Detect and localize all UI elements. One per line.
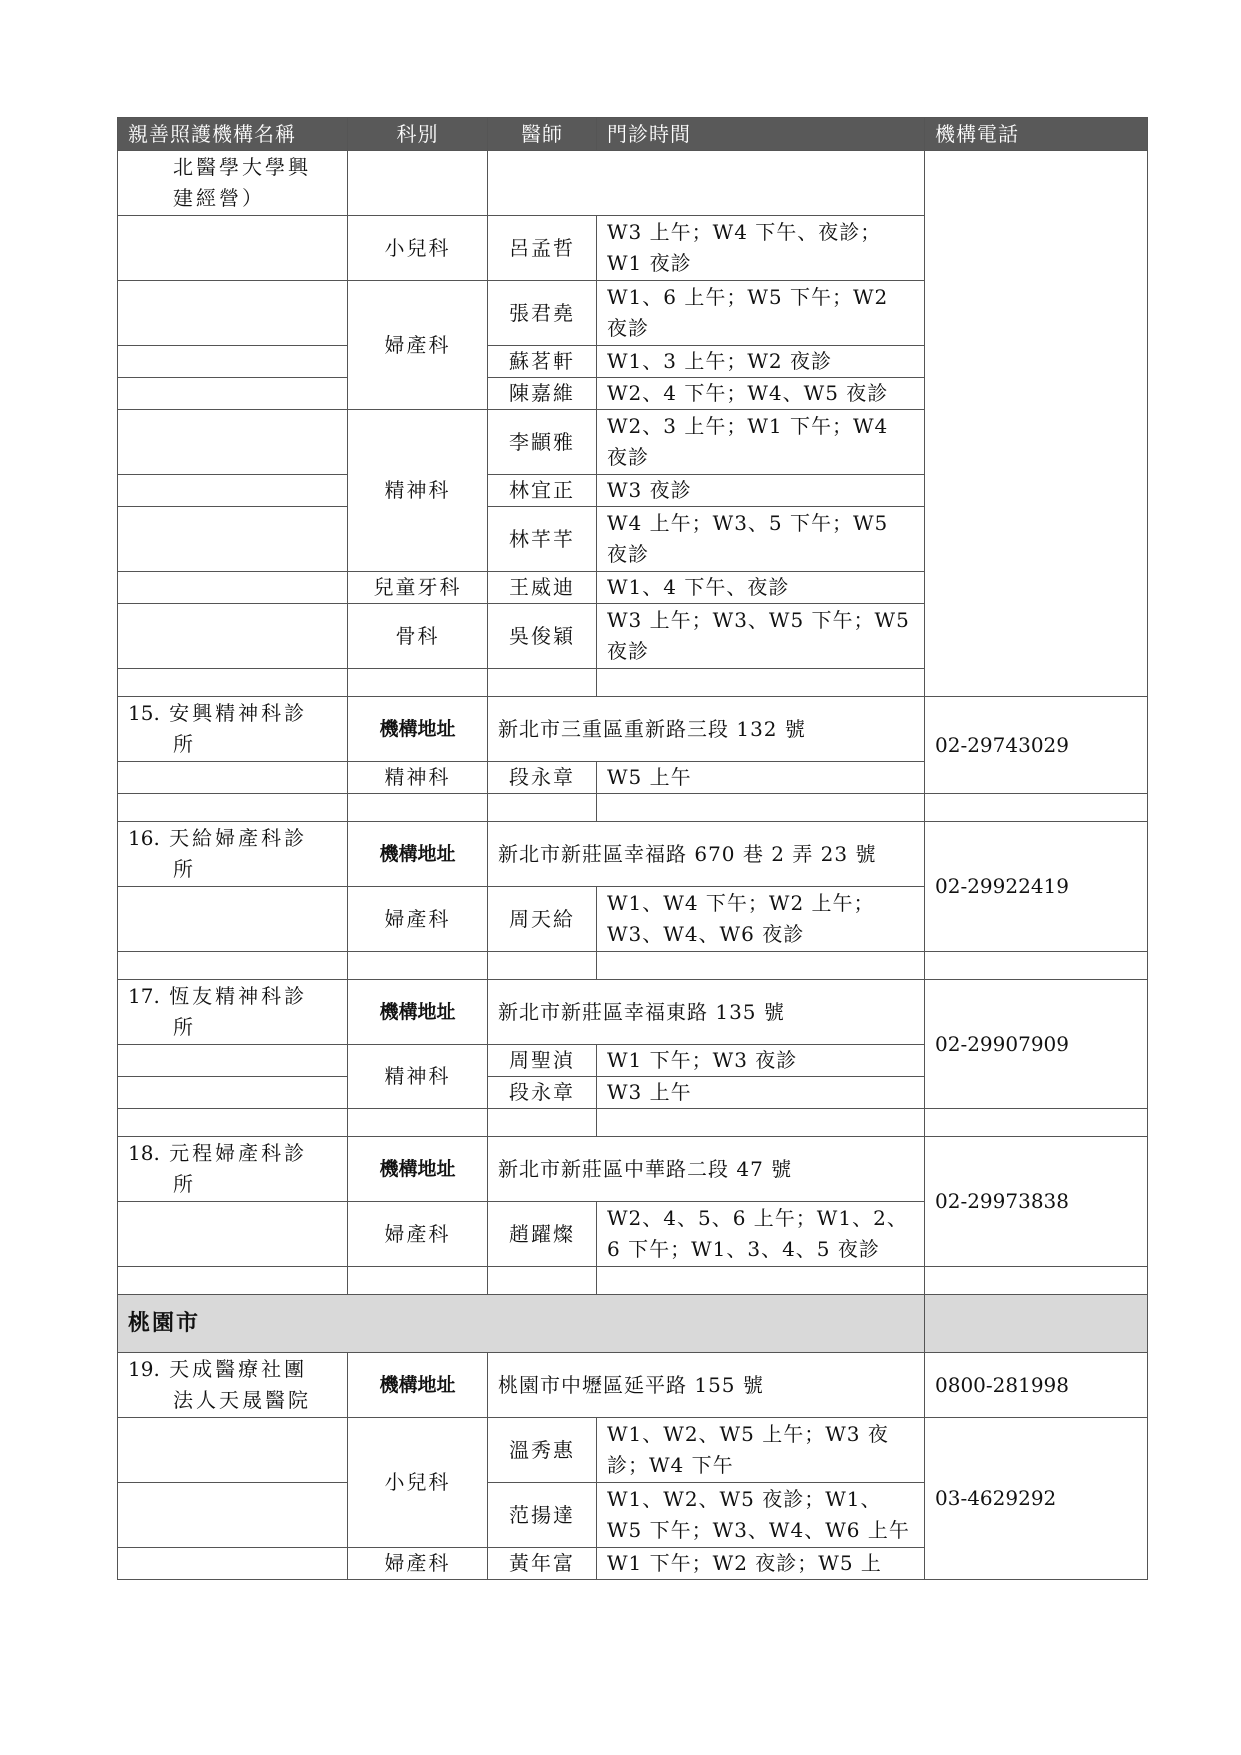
empty-cell bbox=[118, 1483, 348, 1548]
institution-address: 新北市三重區重新路三段 132 號 bbox=[488, 697, 925, 762]
clinic-hours: W1、4 下午、夜診 bbox=[597, 572, 925, 604]
institution-name: 17. 恆友精神科診 所 bbox=[118, 980, 348, 1045]
doctor: 王威迪 bbox=[488, 572, 597, 604]
empty-cell bbox=[118, 410, 348, 475]
address-label: 機構地址 bbox=[348, 1137, 488, 1202]
department: 婦產科 bbox=[348, 887, 488, 952]
institution-number: 18. bbox=[128, 1141, 160, 1165]
institution-number: 15. bbox=[128, 701, 160, 725]
empty-cell bbox=[118, 762, 348, 794]
doctor: 吳俊穎 bbox=[488, 604, 597, 669]
institution-phone: 02-29907909 bbox=[925, 980, 1148, 1109]
clinic-hours: W3 上午 bbox=[597, 1077, 925, 1109]
clinic-hours: W2、4 下午；W4、W5 夜診 bbox=[597, 378, 925, 410]
empty-cell bbox=[118, 887, 348, 952]
department: 精神科 bbox=[348, 762, 488, 794]
institution-phone: 02-29922419 bbox=[925, 822, 1148, 952]
doctor: 周聖湞 bbox=[488, 1045, 597, 1077]
department: 婦產科 bbox=[348, 1548, 488, 1580]
doctor: 林芊芊 bbox=[488, 507, 597, 572]
clinic-directory-table: 親善照護機構名稱 科別 醫師 門診時間 機構電話 北醫學大學興 建經營） 小兒科… bbox=[117, 117, 1148, 1580]
spacer-row bbox=[118, 1267, 1148, 1295]
doctor: 張君堯 bbox=[488, 281, 597, 346]
institution-number: 19. bbox=[128, 1357, 160, 1381]
region-name: 桃園市 bbox=[118, 1295, 925, 1353]
institution-row: 19. 天成醫療社團 法人天晟醫院 機構地址 桃園市中壢區延平路 155 號 0… bbox=[118, 1353, 1148, 1418]
empty-cell bbox=[118, 216, 348, 281]
institution-row: 17. 恆友精神科診 所 機構地址 新北市新莊區幸福東路 135 號 02-29… bbox=[118, 980, 1148, 1045]
header-institution-name: 親善照護機構名稱 bbox=[118, 118, 348, 151]
empty-cell bbox=[118, 507, 348, 572]
doctor: 蘇茗軒 bbox=[488, 346, 597, 378]
empty-cell bbox=[118, 572, 348, 604]
phone-cell-empty bbox=[925, 151, 1148, 697]
table-header-row: 親善照護機構名稱 科別 醫師 門診時間 機構電話 bbox=[118, 118, 1148, 151]
institution-phone-secondary: 03-4629292 bbox=[925, 1418, 1148, 1580]
institution-phone: 02-29973838 bbox=[925, 1137, 1148, 1267]
institution-name: 16. 天給婦產科診 所 bbox=[118, 822, 348, 887]
header-clinic-hours: 門診時間 bbox=[597, 118, 925, 151]
doctor: 李顓雅 bbox=[488, 410, 597, 475]
empty-cell bbox=[488, 151, 925, 216]
department: 小兒科 bbox=[348, 1418, 488, 1548]
doctor: 溫秀惠 bbox=[488, 1418, 597, 1483]
empty-cell bbox=[118, 1548, 348, 1580]
clinic-hours: W1 下午；W2 夜診；W5 上 bbox=[597, 1548, 925, 1580]
address-label: 機構地址 bbox=[348, 697, 488, 762]
clinic-hours: W2、4、5、6 上午；W1、2、6 下午；W1、3、4、5 夜診 bbox=[597, 1202, 925, 1267]
institution-number: 16. bbox=[128, 826, 160, 850]
institution-address: 桃園市中壢區延平路 155 號 bbox=[488, 1353, 925, 1418]
empty-cell bbox=[118, 604, 348, 669]
institution-row: 16. 天給婦產科診 所 機構地址 新北市新莊區幸福路 670 巷 2 弄 23… bbox=[118, 822, 1148, 887]
empty-cell bbox=[118, 1418, 348, 1483]
doctor: 呂孟哲 bbox=[488, 216, 597, 281]
department: 婦產科 bbox=[348, 281, 488, 410]
clinic-hours: W2、3 上午；W1 下午；W4 夜診 bbox=[597, 410, 925, 475]
doctor: 段永章 bbox=[488, 1077, 597, 1109]
empty-cell bbox=[118, 475, 348, 507]
clinic-hours: W4 上午；W3、5 下午；W5 夜診 bbox=[597, 507, 925, 572]
region-phone-blank bbox=[925, 1295, 1148, 1353]
institution-number: 17. bbox=[128, 984, 160, 1008]
clinic-hours: W1、6 上午；W5 下午；W2 夜診 bbox=[597, 281, 925, 346]
doctor: 段永章 bbox=[488, 762, 597, 794]
department: 兒童牙科 bbox=[348, 572, 488, 604]
empty-cell bbox=[118, 1045, 348, 1077]
institution-phone: 0800-281998 bbox=[925, 1353, 1148, 1418]
doctor: 范揚達 bbox=[488, 1483, 597, 1548]
department: 婦產科 bbox=[348, 1202, 488, 1267]
institution-address: 新北市新莊區幸福路 670 巷 2 弄 23 號 bbox=[488, 822, 925, 887]
clinic-hours: W1、3 上午；W2 夜診 bbox=[597, 346, 925, 378]
institution-row: 18. 元程婦產科診 所 機構地址 新北市新莊區中華路二段 47 號 02-29… bbox=[118, 1137, 1148, 1202]
institution-name-continued: 北醫學大學興 建經營） bbox=[118, 151, 348, 216]
doctor: 黃年富 bbox=[488, 1548, 597, 1580]
clinic-hours: W1、W2、W5 上午；W3 夜診；W4 下午 bbox=[597, 1418, 925, 1483]
header-doctor: 醫師 bbox=[488, 118, 597, 151]
address-label: 機構地址 bbox=[348, 822, 488, 887]
institution-address: 新北市新莊區中華路二段 47 號 bbox=[488, 1137, 925, 1202]
header-phone: 機構電話 bbox=[925, 118, 1148, 151]
doctor: 周天給 bbox=[488, 887, 597, 952]
department: 精神科 bbox=[348, 1045, 488, 1109]
empty-cell bbox=[348, 151, 488, 216]
clinic-hours: W1、W2、W5 夜診；W1、W5 下午；W3、W4、W6 上午 bbox=[597, 1483, 925, 1548]
clinic-hours: W3 上午；W3、W5 下午；W5 夜診 bbox=[597, 604, 925, 669]
empty-cell bbox=[118, 346, 348, 378]
clinic-hours: W3 夜診 bbox=[597, 475, 925, 507]
institution-address: 新北市新莊區幸福東路 135 號 bbox=[488, 980, 925, 1045]
institution-row: 15. 安興精神科診 所 機構地址 新北市三重區重新路三段 132 號 02-2… bbox=[118, 697, 1148, 762]
clinic-hours: W1、W4 下午；W2 上午；W3、W4、W6 夜診 bbox=[597, 887, 925, 952]
clinic-hours: W3 上午；W4 下午、夜診；W1 夜診 bbox=[597, 216, 925, 281]
empty-cell bbox=[118, 281, 348, 346]
spacer-row bbox=[118, 1109, 1148, 1137]
doctor: 趙躍燦 bbox=[488, 1202, 597, 1267]
empty-cell bbox=[118, 1077, 348, 1109]
clinic-hours: W5 上午 bbox=[597, 762, 925, 794]
spacer-row bbox=[118, 952, 1148, 980]
institution-phone: 02-29743029 bbox=[925, 697, 1148, 794]
doctor: 陳嘉維 bbox=[488, 378, 597, 410]
address-label: 機構地址 bbox=[348, 980, 488, 1045]
institution-name: 19. 天成醫療社團 法人天晟醫院 bbox=[118, 1353, 348, 1418]
header-department: 科別 bbox=[348, 118, 488, 151]
doctor: 林宜正 bbox=[488, 475, 597, 507]
empty-cell bbox=[118, 1202, 348, 1267]
spacer-row bbox=[118, 794, 1148, 822]
clinic-hours: W1 下午；W3 夜診 bbox=[597, 1045, 925, 1077]
institution-name: 18. 元程婦產科診 所 bbox=[118, 1137, 348, 1202]
region-header-row: 桃園市 bbox=[118, 1295, 1148, 1353]
department: 小兒科 bbox=[348, 216, 488, 281]
table-row: 小兒科 溫秀惠 W1、W2、W5 上午；W3 夜診；W4 下午 03-46292… bbox=[118, 1418, 1148, 1483]
empty-cell bbox=[118, 378, 348, 410]
department: 精神科 bbox=[348, 410, 488, 572]
institution-name: 15. 安興精神科診 所 bbox=[118, 697, 348, 762]
table-row: 北醫學大學興 建經營） bbox=[118, 151, 1148, 216]
department: 骨科 bbox=[348, 604, 488, 669]
address-label: 機構地址 bbox=[348, 1353, 488, 1418]
